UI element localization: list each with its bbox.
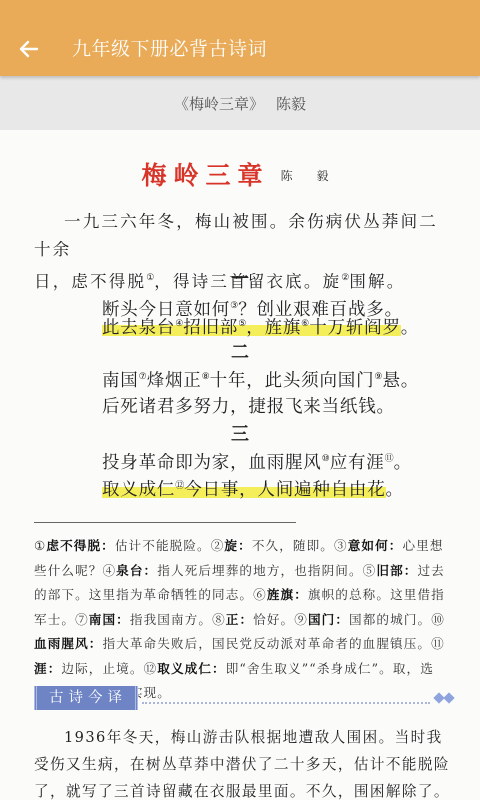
verse-line: 南国⑦烽烟正⑧十年，此头须向国门⑨悬。 [102,364,419,394]
poem-header-author: 陈毅 [276,93,306,114]
translation-banner: 古诗今译 [34,686,454,710]
poem-author: 陈 毅 [281,169,339,183]
poem-title-row: 梅岭三章 陈 毅 [0,156,480,192]
app-bar: 九年级下册必背古诗词 [0,0,480,76]
section-number: 一 [0,265,480,291]
poem-page-image: 梅岭三章 陈 毅 一九三六年冬，梅山被围。余伤病伏丛莽间二十余 日，虑不得脱①，… [0,130,480,800]
section-number: 二 [0,338,480,364]
translation-text: 1936年冬天，梅山游击队根据地遭敌人围困。当时我受伤又生病，在树丛草莽中潜伏了… [34,724,450,800]
back-button[interactable] [14,34,44,64]
page-title: 九年级下册必背古诗词 [72,36,267,62]
footnotes: ①虑不得脱：估计不能脱险。②旋：不久，随即。③意如何：心里想些什么呢？④泉台：指… [34,534,450,706]
diamond-ornament-icon [434,694,454,702]
verse-line: 后死诸君多努力，捷报飞来当纸钱。 [102,394,395,420]
footnote: ①虑不得脱：估计不能脱险。 [34,538,211,553]
arrow-left-icon [19,39,39,59]
poem-header: 《梅岭三章》 陈毅 [0,76,480,130]
poem-header-title: 《梅岭三章》 [174,93,264,114]
verse-line-highlighted: 此去泉台④招旧部⑤，旌旗⑥十万斩阎罗。 [102,311,419,341]
footnote: ⑨国门：国都的城门。 [294,612,431,627]
verse-line: 投身革命即为家，血雨腥风⑩应有涯⑪。 [102,446,412,476]
footnote: ②旋：不久，随即。 [211,538,334,553]
footnote: ⑧正：恰好。 [212,612,294,627]
translation-label: 古诗今译 [34,686,138,710]
footnote: ⑦南国：指我国南方。 [75,612,212,627]
footnote: ④泉台：指人死后埋葬的地方，也指阴间。 [102,563,362,578]
verse-line-highlighted: 取义成仁⑫今日事，人间遍种自由花。 [102,473,404,503]
dotted-divider [142,692,430,704]
section-number: 三 [0,420,480,446]
footnote-divider [34,522,296,523]
poem-title: 梅岭三章 [142,161,270,190]
